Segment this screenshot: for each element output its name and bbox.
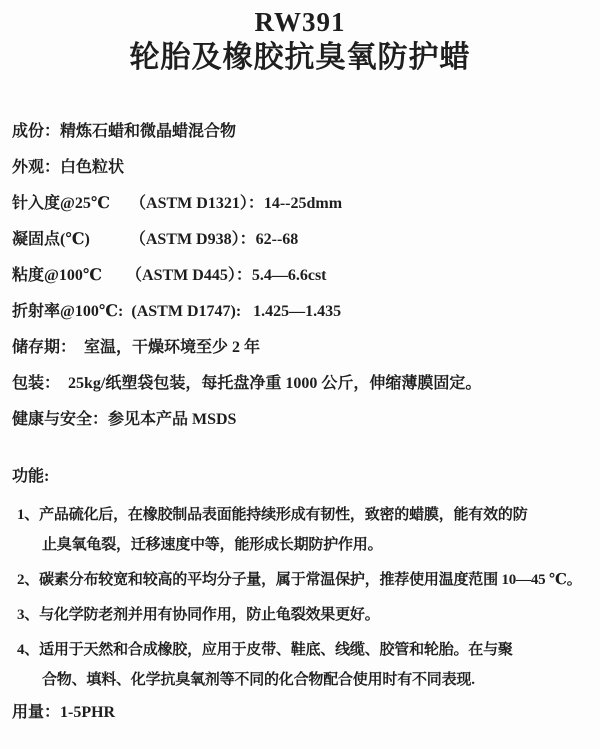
product-name-title: 轮胎及橡胶抗臭氧防护蜡: [0, 40, 600, 76]
spec-composition: 成份：精炼石蜡和微晶蜡混合物: [12, 122, 594, 142]
spec-refractive-index: 折射率@100℃: (ASTM D1747): 1.425—1.435: [12, 302, 594, 322]
spec-packaging: 包装： 25kg/纸塑袋包装，每托盘净重 1000 公斤，伸缩薄膜固定。: [12, 374, 594, 394]
product-code-title: RW391: [0, 0, 600, 38]
function-item-2: 2、碳素分布较宽和较高的平均分子量，属于常温保护，推荐使用温度范围 10—45 …: [0, 565, 596, 595]
function-item-1: 1、产品硫化后，在橡胶制品表面能持续形成有韧性，致密的蜡膜，能有效的防 止臭氧龟…: [0, 500, 596, 560]
spec-penetration: 针入度@25℃ （ASTM D1321）：14--25dmm: [12, 194, 594, 214]
function-item-3: 3、与化学防老剂并用有协同作用，防止龟裂效果更好。: [0, 600, 596, 630]
product-datasheet: RW391 轮胎及橡胶抗臭氧防护蜡 成份：精炼石蜡和微晶蜡混合物 外观：白色粒状…: [0, 0, 600, 749]
spec-viscosity: 粘度@100℃ （ASTM D445）：5.4—6.6cst: [12, 266, 594, 286]
function-item-4: 4、适用于天然和合成橡胶，应用于皮带、鞋底、线缆、胶管和轮胎。在与聚 合物、填料…: [0, 635, 596, 695]
spec-health-safety: 健康与安全：参见本产品 MSDS: [12, 410, 594, 430]
functions-heading: 功能:: [0, 467, 600, 487]
spec-storage-period: 储存期： 室温，干燥环境至少 2 年: [12, 338, 594, 358]
dosage-line: 用量：1-5PHR: [0, 703, 600, 723]
functions-list: 1、产品硫化后，在橡胶制品表面能持续形成有韧性，致密的蜡膜，能有效的防 止臭氧龟…: [0, 500, 600, 695]
spec-solidifying-point: 凝固点(℃) （ASTM D938）：62--68: [12, 230, 594, 250]
spec-list: 成份：精炼石蜡和微晶蜡混合物 外观：白色粒状 针入度@25℃ （ASTM D13…: [0, 122, 600, 430]
spec-appearance: 外观：白色粒状: [12, 158, 594, 178]
